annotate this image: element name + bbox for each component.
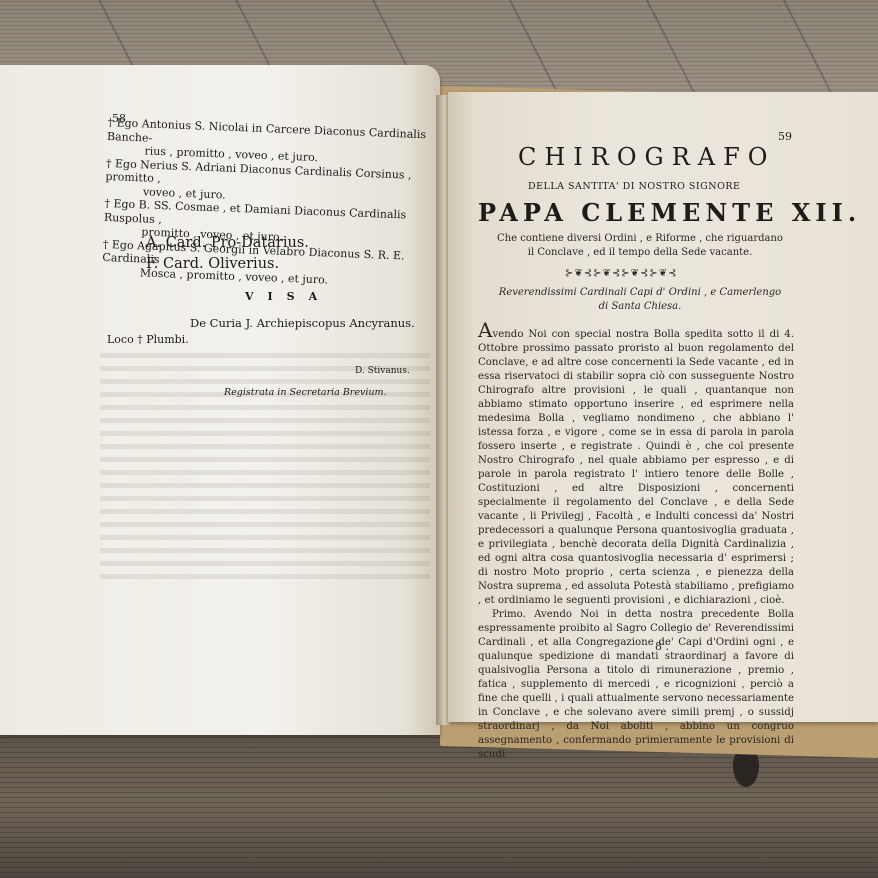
loco-plumbi: Loco † Plumbi. [107, 333, 189, 346]
papa-heading: PAPA CLEMENTE XII. [478, 198, 861, 227]
registrata-line: Registrata in Secretaria Brevium. [224, 387, 387, 398]
chirografo-subtitle: DELLA SANTITA' DI NOSTRO SIGNORE [528, 181, 740, 192]
de-curia-line: De Curia J. Archiepiscopus Ancyranus. [190, 316, 415, 330]
ornament-divider: ⊱❦⊰⊱❦⊰⊱❦⊰⊱❦⊰ [565, 268, 678, 279]
paragraph-1: Avendo Noi con special nostra Bolla sped… [478, 325, 794, 608]
card-pro-datarius: A. Card. Pro-Datarius. [146, 235, 309, 251]
printer-signature-mark: 8 . [655, 640, 669, 653]
visa-heading: VISA [245, 290, 331, 303]
bleed-through-text [100, 345, 430, 585]
stivanus-signature: D. Stivanus. [355, 366, 410, 376]
chirografo-title: CHIROGRAFO [518, 143, 775, 171]
paragraph-2: Primo. Avendo Noi in detta nostra preced… [478, 608, 794, 762]
drop-cap: A [478, 318, 492, 342]
right-page-number: 59 [778, 130, 792, 143]
chirografo-body: Avendo Noi con special nostra Bolla sped… [478, 325, 794, 762]
address-line: Reverendissimi Cardinali Capi d' Ordini … [490, 286, 790, 314]
intro-text: Che contiene diversi Ordini , e Riforme … [490, 232, 790, 260]
card-oliverius: F. Card. Oliverius. [146, 256, 279, 272]
